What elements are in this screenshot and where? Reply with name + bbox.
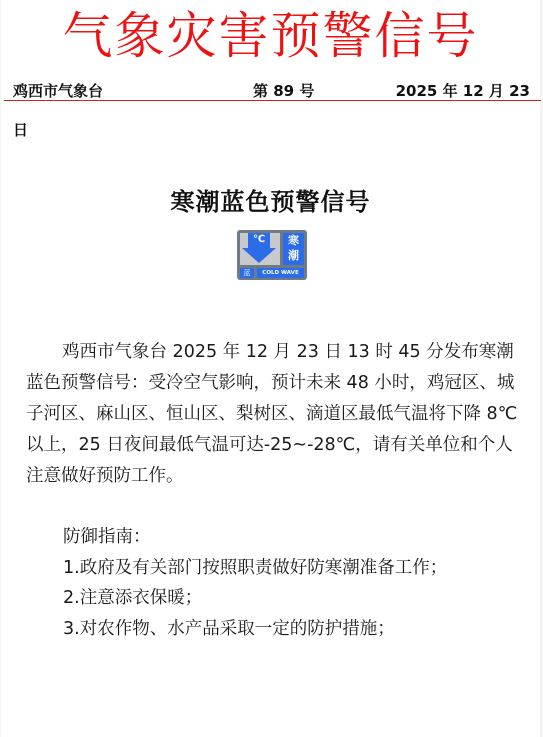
warning-title: 寒潮蓝色预警信号: [1, 182, 540, 217]
red-divider: [4, 100, 541, 101]
issue-date-wrap: 日: [13, 119, 28, 140]
warning-body: 鸡西市气象台 2025 年 12 月 23 日 13 时 45 分发布寒潮蓝色预…: [26, 337, 526, 492]
down-arrow-head-icon: [242, 248, 276, 263]
guide-item: 3.对农作物、水产品采取一定的防护措施；: [63, 614, 533, 645]
cold-wave-blue-signal-icon: ℃ 寒 潮 蓝 COLD WAVE: [237, 230, 307, 280]
issuer: 鸡西市气象台: [13, 81, 103, 101]
document-meta-row: 鸡西市气象台 第 89 号 2025 年 12 月 23: [13, 81, 530, 101]
signal-type-char-1: 寒: [283, 233, 304, 248]
defense-guide: 防御指南： 1.政府及有关部门按照职责做好防寒潮准备工作； 2.注意添衣保暖； …: [63, 522, 533, 644]
issue-date: 2025 年 12 月 23: [396, 81, 530, 101]
english-label: COLD WAVE: [257, 268, 304, 278]
guide-item: 2.注意添衣保暖；: [63, 583, 533, 614]
masthead-title: 气象灾害预警信号: [1, 4, 540, 68]
guide-item: 1.政府及有关部门按照职责做好防寒潮准备工作；: [63, 553, 533, 584]
celsius-label: ℃: [248, 234, 270, 245]
signal-type-char-2: 潮: [283, 248, 304, 263]
signal-type-label: 寒 潮: [283, 233, 304, 265]
guide-heading: 防御指南：: [63, 522, 533, 553]
document-page: 气象灾害预警信号 鸡西市气象台 第 89 号 2025 年 12 月 23 日 …: [1, 0, 540, 737]
issue-number: 第 89 号: [253, 81, 314, 101]
level-badge: 蓝: [240, 268, 254, 278]
